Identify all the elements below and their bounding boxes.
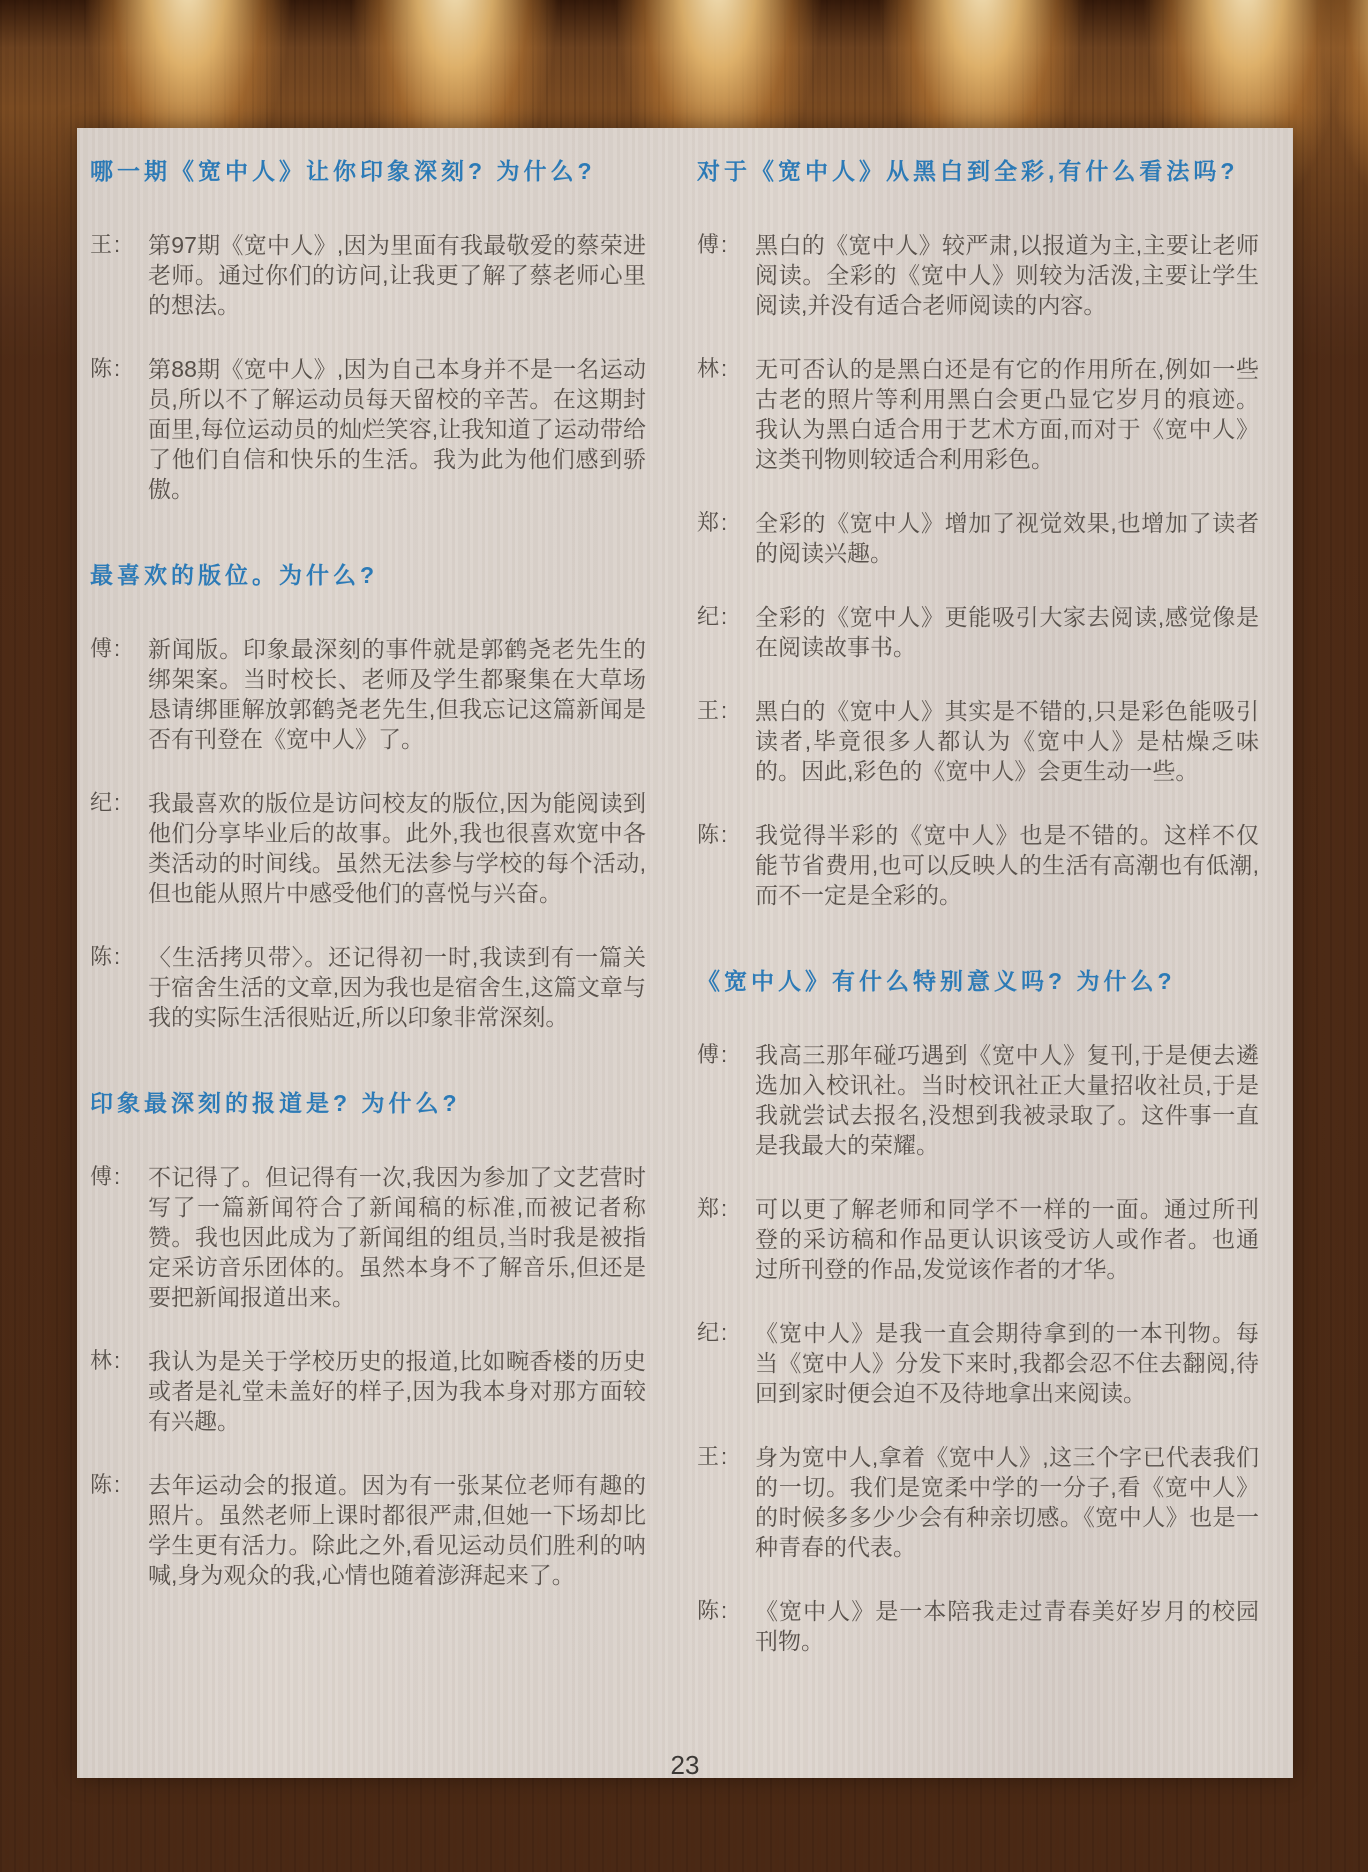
right-column: 对于《宽中人》从黑白到全彩,有什么看法吗? 傅: 黑白的《宽中人》较严肃,以报道… [697, 154, 1259, 1690]
speaker-label: 陈: [697, 1596, 755, 1626]
speaker-label: 傅: [697, 230, 755, 260]
qa-item: 陈: 我觉得半彩的《宽中人》也是不错的。这样不仅能节省费用,也可以反映人的生活有… [697, 820, 1259, 910]
speaker-label: 陈: [90, 942, 148, 972]
qa-item: 陈: 〈生活拷贝带〉。还记得初一时,我读到有一篇关于宿舍生活的文章,因为我也是宿… [90, 942, 646, 1032]
answer-text: 不记得了。但记得有一次,我因为参加了文艺营时写了一篇新闻符合了新闻稿的标准,而被… [148, 1162, 646, 1312]
page-number: 23 [671, 1752, 700, 1778]
speaker-label: 纪: [697, 602, 755, 632]
qa-item: 王: 黑白的《宽中人》其实是不错的,只是彩色能吸引读者,毕竟很多人都认为《宽中人… [697, 696, 1259, 786]
answer-text: 我最喜欢的版位是访问校友的版位,因为能阅读到他们分享毕业后的故事。此外,我也很喜… [148, 788, 646, 908]
qa-item: 王: 第97期《宽中人》,因为里面有我最敬爱的蔡荣进老师。通过你们的访问,让我更… [90, 230, 646, 320]
qa-item: 陈: 第88期《宽中人》,因为自己本身并不是一名运动员,所以不了解运动员每天留校… [90, 354, 646, 504]
qa-item: 傅: 新闻版。印象最深刻的事件就是郭鹤尧老先生的绑架案。当时校长、老师及学生都聚… [90, 634, 646, 754]
answer-text: 黑白的《宽中人》其实是不错的,只是彩色能吸引读者,毕竟很多人都认为《宽中人》是枯… [755, 696, 1259, 786]
answer-text: 可以更了解老师和同学不一样的一面。通过所刊登的采访稿和作品更认识该受访人或作者。… [755, 1194, 1259, 1284]
qa-item: 纪: 全彩的《宽中人》更能吸引大家去阅读,感觉像是在阅读故事书。 [697, 602, 1259, 662]
speaker-label: 郑: [697, 508, 755, 538]
qa-item: 傅: 不记得了。但记得有一次,我因为参加了文艺营时写了一篇新闻符合了新闻稿的标准… [90, 1162, 646, 1312]
answer-text: 去年运动会的报道。因为有一张某位老师有趣的照片。虽然老师上课时都很严肃,但她一下… [148, 1470, 646, 1590]
speaker-label: 傅: [697, 1040, 755, 1070]
speaker-label: 傅: [90, 634, 148, 664]
qa-item: 傅: 我高三那年碰巧遇到《宽中人》复刊,于是便去遴选加入校讯社。当时校讯社正大量… [697, 1040, 1259, 1160]
qa-item: 纪: 《宽中人》是我一直会期待拿到的一本刊物。每当《宽中人》分发下来时,我都会忍… [697, 1318, 1259, 1408]
speaker-label: 王: [90, 230, 148, 260]
answer-text: 身为宽中人,拿着《宽中人》,这三个字已代表我们的一切。我们是宽柔中学的一分子,看… [755, 1442, 1259, 1562]
qa-item: 郑: 可以更了解老师和同学不一样的一面。通过所刊登的采访稿和作品更认识该受访人或… [697, 1194, 1259, 1284]
qa-item: 林: 我认为是关于学校历史的报道,比如畹香楼的历史或者是礼堂未盖好的样子,因为我… [90, 1346, 646, 1436]
wood-wall-background: 哪一期《宽中人》让你印象深刻? 为什么? 王: 第97期《宽中人》,因为里面有我… [0, 0, 1368, 1872]
answer-text: 〈生活拷贝带〉。还记得初一时,我读到有一篇关于宿舍生活的文章,因为我也是宿舍生,… [148, 942, 646, 1032]
answer-text: 无可否认的是黑白还是有它的作用所在,例如一些古老的照片等利用黑白会更凸显它岁月的… [755, 354, 1259, 474]
speaker-label: 林: [697, 354, 755, 384]
magazine-page: 哪一期《宽中人》让你印象深刻? 为什么? 王: 第97期《宽中人》,因为里面有我… [77, 128, 1293, 1778]
speaker-label: 陈: [697, 820, 755, 850]
question-heading: 对于《宽中人》从黑白到全彩,有什么看法吗? [697, 156, 1259, 186]
answer-text: 黑白的《宽中人》较严肃,以报道为主,主要让老师阅读。全彩的《宽中人》则较为活泼,… [755, 230, 1259, 320]
answer-text: 我觉得半彩的《宽中人》也是不错的。这样不仅能节省费用,也可以反映人的生活有高潮也… [755, 820, 1259, 910]
answer-text: 新闻版。印象最深刻的事件就是郭鹤尧老先生的绑架案。当时校长、老师及学生都聚集在大… [148, 634, 646, 754]
speaker-label: 纪: [90, 788, 148, 818]
speaker-label: 王: [697, 696, 755, 726]
speaker-label: 陈: [90, 1470, 148, 1500]
answer-text: 第97期《宽中人》,因为里面有我最敬爱的蔡荣进老师。通过你们的访问,让我更了解了… [148, 230, 646, 320]
speaker-label: 王: [697, 1442, 755, 1472]
speaker-label: 郑: [697, 1194, 755, 1224]
answer-text: 《宽中人》是我一直会期待拿到的一本刊物。每当《宽中人》分发下来时,我都会忍不住去… [755, 1318, 1259, 1408]
qa-item: 林: 无可否认的是黑白还是有它的作用所在,例如一些古老的照片等利用黑白会更凸显它… [697, 354, 1259, 474]
qa-item: 纪: 我最喜欢的版位是访问校友的版位,因为能阅读到他们分享毕业后的故事。此外,我… [90, 788, 646, 908]
speaker-label: 陈: [90, 354, 148, 384]
answer-text: 第88期《宽中人》,因为自己本身并不是一名运动员,所以不了解运动员每天留校的辛苦… [148, 354, 646, 504]
qa-item: 郑: 全彩的《宽中人》增加了视觉效果,也增加了读者的阅读兴趣。 [697, 508, 1259, 568]
qa-item: 陈: 去年运动会的报道。因为有一张某位老师有趣的照片。虽然老师上课时都很严肃,但… [90, 1470, 646, 1590]
answer-text: 我认为是关于学校历史的报道,比如畹香楼的历史或者是礼堂未盖好的样子,因为我本身对… [148, 1346, 646, 1436]
speaker-label: 林: [90, 1346, 148, 1376]
question-heading: 哪一期《宽中人》让你印象深刻? 为什么? [90, 156, 646, 186]
question-heading: 《宽中人》有什么特别意义吗? 为什么? [697, 966, 1259, 996]
question-heading: 最喜欢的版位。为什么? [90, 560, 646, 590]
question-heading: 印象最深刻的报道是? 为什么? [90, 1088, 646, 1118]
qa-item: 傅: 黑白的《宽中人》较严肃,以报道为主,主要让老师阅读。全彩的《宽中人》则较为… [697, 230, 1259, 320]
answer-text: 《宽中人》是一本陪我走过青春美好岁月的校园刊物。 [755, 1596, 1259, 1656]
answer-text: 我高三那年碰巧遇到《宽中人》复刊,于是便去遴选加入校讯社。当时校讯社正大量招收社… [755, 1040, 1259, 1160]
qa-item: 陈: 《宽中人》是一本陪我走过青春美好岁月的校园刊物。 [697, 1596, 1259, 1656]
speaker-label: 纪: [697, 1318, 755, 1348]
answer-text: 全彩的《宽中人》增加了视觉效果,也增加了读者的阅读兴趣。 [755, 508, 1259, 568]
qa-item: 王: 身为宽中人,拿着《宽中人》,这三个字已代表我们的一切。我们是宽柔中学的一分… [697, 1442, 1259, 1562]
left-column: 哪一期《宽中人》让你印象深刻? 为什么? 王: 第97期《宽中人》,因为里面有我… [90, 154, 646, 1624]
speaker-label: 傅: [90, 1162, 148, 1192]
answer-text: 全彩的《宽中人》更能吸引大家去阅读,感觉像是在阅读故事书。 [755, 602, 1259, 662]
